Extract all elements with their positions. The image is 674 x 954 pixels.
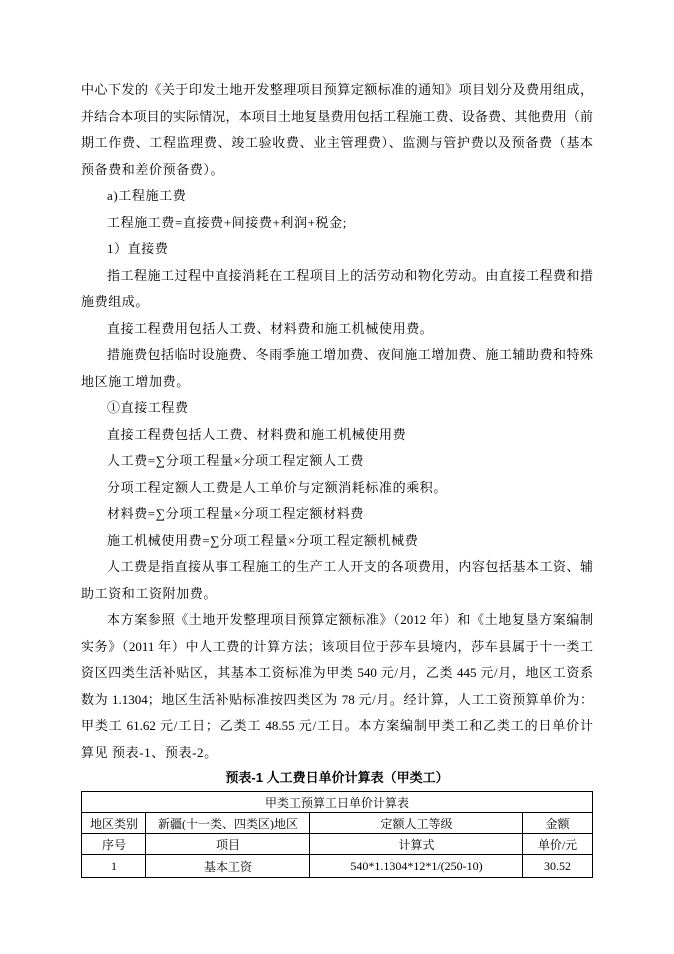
table-cell: 1 (82, 855, 146, 878)
text-line: 指工程施工过程中直接消耗在工程项目上的活劳动和物化劳动。由直接工程费和措 (81, 263, 593, 290)
table-cell: 基本工资 (146, 855, 310, 878)
table-row: 1基本工资540*1.1304*12*1/(250-10)30.52 (82, 855, 592, 878)
table-cell: 540*1.1304*12*1/(250-10) (310, 855, 523, 878)
labor-cost-calc-table: 甲类工预算工日单价计算表地区类别新疆(十一类、四类区)地区定额人工等级金额序号项… (81, 791, 592, 878)
text-line: 甲类工 61.62 元/工日；乙类工 48.55 元/工日。本方案编制甲类工和乙… (81, 713, 593, 740)
text-line: 期工作费、工程监理费、竣工验收费、业主管理费）、监测与管护费以及预备费（基本 (81, 130, 593, 157)
text-line: 并结合本项目的实际情况，本项目土地复垦费用包括工程施工费、设备费、其他费用（前 (81, 104, 593, 131)
text-line: 分项工程定额人工费是人工单价与定额消耗标准的乘积。 (81, 475, 593, 502)
table-cell: 序号 (82, 834, 146, 855)
table-cell: 项目 (146, 834, 310, 855)
text-line: 助工资和工资附加费。 (81, 581, 593, 608)
text-line: 本方案参照《土地开发整理项目预算定额标准》（2012 年）和《土地复垦方案编制 (81, 607, 593, 634)
table-cell: 30.52 (523, 855, 592, 878)
text-line: a)工程施工费 (81, 183, 593, 210)
table-cell: 定额人工等级 (310, 813, 523, 834)
text-line: 实务》（2011 年）中人工费的计算方法；该项目位于莎车县境内，莎车县属于十一类… (81, 634, 593, 661)
table-cell: 计算式 (310, 834, 523, 855)
table-cell: 单价/元 (523, 834, 592, 855)
text-line: 算见 预表-1、预表-2。 (81, 740, 593, 767)
table-cell: 新疆(十一类、四类区)地区 (146, 813, 310, 834)
table-caption-cell: 甲类工预算工日单价计算表 (82, 792, 592, 813)
document-page: 中心下发的《关于印发土地开发整理项目预算定额标准的通知》项目划分及费用组成，并结… (0, 0, 674, 954)
table-header-row: 序号项目计算式单价/元 (82, 834, 592, 855)
document-body: 中心下发的《关于印发土地开发整理项目预算定额标准的通知》项目划分及费用组成，并结… (81, 77, 593, 878)
text-line: 施工机械使用费=∑分项工程量×分项工程定额机械费 (81, 528, 593, 555)
text-line: 1）直接费 (81, 236, 593, 263)
table-cell: 地区类别 (82, 813, 146, 834)
text-line: 工程施工费=直接费+间接费+利润+税金; (81, 210, 593, 237)
text-line: 数为 1.1304；地区生活补贴标准按四类区为 78 元/月。经计算，人工工资预… (81, 687, 593, 714)
text-line: ①直接工程费 (81, 395, 593, 422)
table-header-row: 地区类别新疆(十一类、四类区)地区定额人工等级金额 (82, 813, 592, 834)
text-line: 直接工程费包括人工费、材料费和施工机械使用费 (81, 422, 593, 449)
text-line: 人工费是指直接从事工程施工的生产工人开支的各项费用，内容包括基本工资、辅 (81, 554, 593, 581)
text-line: 施费组成。 (81, 289, 593, 316)
text-line: 资区四类生活补贴区，其基本工资标准为甲类 540 元/月，乙类 445 元/月，… (81, 660, 593, 687)
paragraph-lines: 中心下发的《关于印发土地开发整理项目预算定额标准的通知》项目划分及费用组成，并结… (81, 77, 593, 766)
text-line: 人工费=∑分项工程量×分项工程定额人工费 (81, 448, 593, 475)
table-cell: 金额 (523, 813, 592, 834)
table-title: 预表-1 人工费日单价计算表（甲类工） (81, 769, 593, 787)
text-line: 材料费=∑分项工程量×分项工程定额材料费 (81, 501, 593, 528)
table-caption-row: 甲类工预算工日单价计算表 (82, 792, 592, 813)
text-line: 措施费包括临时设施费、冬雨季施工增加费、夜间施工增加费、施工辅助费和特殊 (81, 342, 593, 369)
text-line: 地区施工增加费。 (81, 369, 593, 396)
text-line: 预备费和差价预备费）。 (81, 157, 593, 184)
text-line: 中心下发的《关于印发土地开发整理项目预算定额标准的通知》项目划分及费用组成， (81, 77, 593, 104)
text-line: 直接工程费用包括人工费、材料费和施工机械使用费。 (81, 316, 593, 343)
